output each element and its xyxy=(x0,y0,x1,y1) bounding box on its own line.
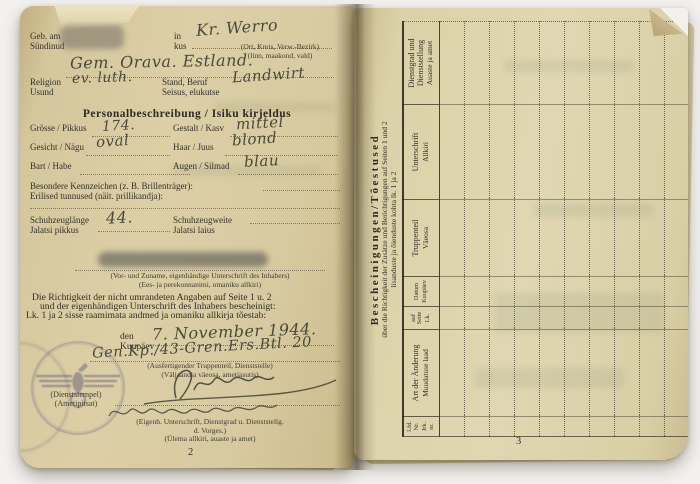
empty-cell xyxy=(614,417,639,437)
empty-cell xyxy=(439,200,464,277)
censored-birthdate-smudge xyxy=(60,25,124,49)
empty-cell xyxy=(639,200,664,277)
empty-cell xyxy=(614,22,639,105)
hw-haar: blond xyxy=(231,128,277,149)
empty-cell xyxy=(539,307,564,330)
empty-cell xyxy=(639,105,664,200)
empty-cell xyxy=(639,307,664,330)
field-label-schuhlaenge: Schuhzeuglänge Jalatsi pikkus xyxy=(30,216,89,235)
field-label-gesicht: Gesicht / Nägu xyxy=(30,143,84,153)
empty-cell xyxy=(589,22,614,105)
empty-cell xyxy=(589,307,614,330)
empty-cell xyxy=(564,330,589,417)
empty-cell xyxy=(464,417,489,437)
col-header-art-der-aenderung: Art der ÄnderungMuudatuse laad xyxy=(403,330,439,417)
col-header-lfd-nr: Lfd. Nr.Jrk. nr. xyxy=(403,417,439,437)
eagle-head xyxy=(78,363,88,372)
table-row xyxy=(464,22,489,437)
empty-cell xyxy=(514,22,539,105)
label-in-et: kus xyxy=(174,42,187,52)
label-beruf-et: Seisus, elukutse xyxy=(162,88,220,98)
field-label-kennzeichen-et: Erilised tunnused (näit. prillikandja): xyxy=(30,192,163,202)
empty-cell xyxy=(489,330,514,417)
label-gestalt: Gestalt / Kasv xyxy=(173,124,224,134)
label-religion-et: Usund xyxy=(30,88,61,98)
label-schuhl-et: Jalatsi pikkus xyxy=(30,226,89,236)
dotted-line xyxy=(225,154,337,156)
field-label-religion: Religion Usund xyxy=(30,78,61,97)
empty-cell xyxy=(539,417,564,437)
empty-cell xyxy=(489,105,514,200)
dotted-line xyxy=(250,222,340,224)
page-number-left: 2 xyxy=(188,447,193,458)
table-row xyxy=(514,22,539,437)
label-groesse: Grösse / Pikkus xyxy=(30,124,87,134)
label-kennz-et: Erilised tunnused (näit. prillikandja): xyxy=(30,192,163,202)
empty-cell xyxy=(464,200,489,277)
label-schuhw-et: Jalatsi laius xyxy=(173,226,232,236)
field-label-bart: Bart / Habe xyxy=(30,162,71,172)
empty-cell xyxy=(464,22,489,105)
empty-cell xyxy=(514,330,539,417)
photo-background: Geb. am Sündinud in kus Kr. Werro (Ort, … xyxy=(0,0,700,484)
empty-cell xyxy=(464,330,489,417)
empty-cell xyxy=(664,277,688,307)
field-label-groesse: Grösse / Pikkus xyxy=(30,124,87,134)
empty-cell xyxy=(489,22,514,105)
table-row xyxy=(439,22,464,437)
empty-cell xyxy=(639,417,664,437)
empty-cell xyxy=(664,200,688,277)
dotted-line xyxy=(263,189,340,191)
empty-cell xyxy=(514,105,539,200)
empty-cell xyxy=(564,22,589,105)
owner-signature-hint: (Vor- und Zuname, eigenhändige Unterschr… xyxy=(60,272,340,289)
empty-cell xyxy=(589,105,614,200)
table-row xyxy=(539,22,564,437)
empty-cell xyxy=(564,105,589,200)
empty-cell xyxy=(489,307,514,330)
empty-cell xyxy=(464,277,489,307)
empty-cell xyxy=(489,417,514,437)
empty-cell xyxy=(564,307,589,330)
field-label-beruf: Stand, Beruf Seisus, elukutse xyxy=(162,78,220,97)
empty-cell xyxy=(564,277,589,307)
empty-cell xyxy=(614,330,639,417)
field-label-birthplace: in kus xyxy=(174,32,187,51)
table-row xyxy=(664,22,688,437)
empty-cell xyxy=(439,277,464,307)
table-row xyxy=(614,22,639,437)
superior-signature-hint: (Eigenh. Unterschrift, Dienstgrad u. Die… xyxy=(90,418,330,444)
empty-cell xyxy=(664,417,688,437)
empty-cell xyxy=(464,105,489,200)
empty-cell xyxy=(539,200,564,277)
dotted-line xyxy=(30,207,340,209)
empty-cell xyxy=(614,277,639,307)
empty-cell xyxy=(539,22,564,105)
empty-cell xyxy=(439,330,464,417)
empty-cell xyxy=(439,307,464,330)
empty-cell xyxy=(664,307,688,330)
label-haar: Haar / Juus xyxy=(173,143,214,153)
col-header-datum: DatumKuupäev xyxy=(403,277,439,307)
hw-district: Kr. Werro xyxy=(195,15,278,40)
hw-religion: ev. luth. xyxy=(72,69,133,87)
dotted-line xyxy=(238,173,338,175)
empty-cell xyxy=(539,105,564,200)
empty-cell xyxy=(614,307,639,330)
col-header-dienstgrad: Dienstgrad und DienststellungAuaste ja a… xyxy=(403,22,439,105)
eagle-body xyxy=(73,372,84,392)
page-number-right: 3 xyxy=(516,436,521,447)
empty-cell xyxy=(589,200,614,277)
empty-cell xyxy=(514,200,539,277)
empty-cell xyxy=(489,277,514,307)
empty-cell xyxy=(589,330,614,417)
empty-cell xyxy=(464,307,489,330)
empty-cell xyxy=(539,330,564,417)
empty-cell xyxy=(664,105,688,200)
empty-cell xyxy=(514,307,539,330)
hw-beruf: Landwirt xyxy=(231,63,305,86)
left-page: Geb. am Sündinud in kus Kr. Werro (Ort, … xyxy=(20,6,354,468)
label-augen: Augen / Silmad xyxy=(173,162,230,172)
censored-owner-signature-smudge xyxy=(98,252,268,267)
hint-vorges-3: (Ülema allkiri, auaste ja amet) xyxy=(90,435,330,444)
label-gesicht: Gesicht / Nägu xyxy=(30,143,84,153)
table-header-row: Lfd. Nr.Jrk. nr. Art der ÄnderungMuudatu… xyxy=(403,22,439,437)
empty-cell xyxy=(639,277,664,307)
empty-cell xyxy=(564,417,589,437)
hint-stamp-et: (Ametipitsat) xyxy=(44,400,108,409)
book-spine-shadow xyxy=(334,4,376,470)
label-bart: Bart / Habe xyxy=(30,162,71,172)
rotated-table-wrapper: Bescheinigungen/Tõestused über die Richt… xyxy=(366,22,664,437)
dotted-line xyxy=(86,154,170,156)
table-row xyxy=(564,22,589,437)
col-header-auf-seite: auf SeiteLk. xyxy=(403,307,439,330)
table-row xyxy=(489,22,514,437)
rotated-table-content: Bescheinigungen/Tõestused über die Richt… xyxy=(366,22,664,437)
table-row xyxy=(589,22,614,437)
empty-cell xyxy=(514,277,539,307)
hw-schuhlaenge: 44. xyxy=(106,207,134,227)
empty-cell xyxy=(639,330,664,417)
col-header-unterschrift: UnterschriftAllkiri xyxy=(403,105,439,200)
empty-cell xyxy=(589,277,614,307)
field-label-gestalt: Gestalt / Kasv xyxy=(173,124,224,134)
empty-cell xyxy=(589,417,614,437)
certifications-subtitle-et: lisanduste ja õienduste kohta lk. 1 ja 2 xyxy=(390,22,399,437)
hw-gesicht: oval xyxy=(95,131,129,151)
hw-augen: blau xyxy=(244,151,280,171)
right-page: Bescheinigungen/Tõestused über die Richt… xyxy=(354,8,688,460)
empty-cell xyxy=(564,200,589,277)
dotted-line xyxy=(80,173,190,175)
empty-cell xyxy=(614,200,639,277)
section-title: Personalbeschreibung / Isiku kirjeldus xyxy=(20,108,354,120)
certify-line-3: Lk. 1 ja 2 sisse raamimata andmed ja oma… xyxy=(26,310,266,321)
empty-cell xyxy=(664,330,688,417)
col-header-truppenteil: TruppenteilVäeosa xyxy=(403,200,439,277)
empty-cell xyxy=(539,277,564,307)
field-label-schuhweite: Schuhzeugweite Jalatsi laius xyxy=(173,216,232,235)
certifications-table: Lfd. Nr.Jrk. nr. Art der ÄnderungMuudatu… xyxy=(402,21,688,437)
empty-cell xyxy=(439,417,464,437)
table-row xyxy=(639,22,664,437)
empty-cell xyxy=(514,417,539,437)
dotted-line xyxy=(98,230,170,232)
empty-cell xyxy=(439,105,464,200)
hint-owner-et: (Ees- ja perekonnanimi, omaniku allkiri) xyxy=(60,281,340,290)
field-label-haar: Haar / Juus xyxy=(173,143,214,153)
empty-cell xyxy=(614,105,639,200)
stamp-hint: (Dienststempel) (Ametipitsat) xyxy=(44,391,108,408)
field-label-augen: Augen / Silmad xyxy=(173,162,230,172)
empty-cell xyxy=(489,200,514,277)
empty-cell xyxy=(439,22,464,105)
